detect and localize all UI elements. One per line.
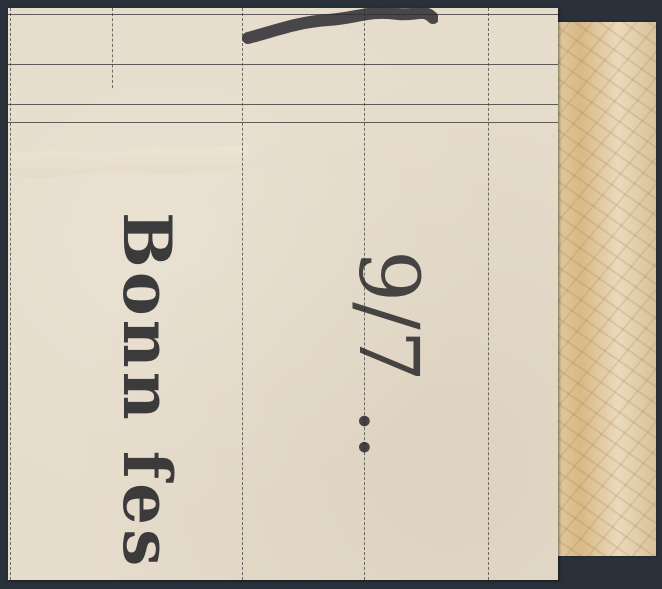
ruled-line bbox=[8, 104, 558, 105]
handwritten-marks: 9/7 .. bbox=[340, 250, 435, 460]
ledger-paper bbox=[8, 8, 558, 580]
ink-squiggle bbox=[238, 0, 438, 48]
handwritten-word: Bonn fes bbox=[108, 212, 186, 570]
column-line bbox=[10, 8, 12, 580]
ruled-line bbox=[8, 64, 558, 65]
ruled-line bbox=[8, 122, 558, 123]
column-line bbox=[242, 8, 244, 580]
column-line bbox=[112, 8, 114, 88]
column-line bbox=[488, 8, 490, 580]
paper-tear bbox=[8, 140, 248, 188]
